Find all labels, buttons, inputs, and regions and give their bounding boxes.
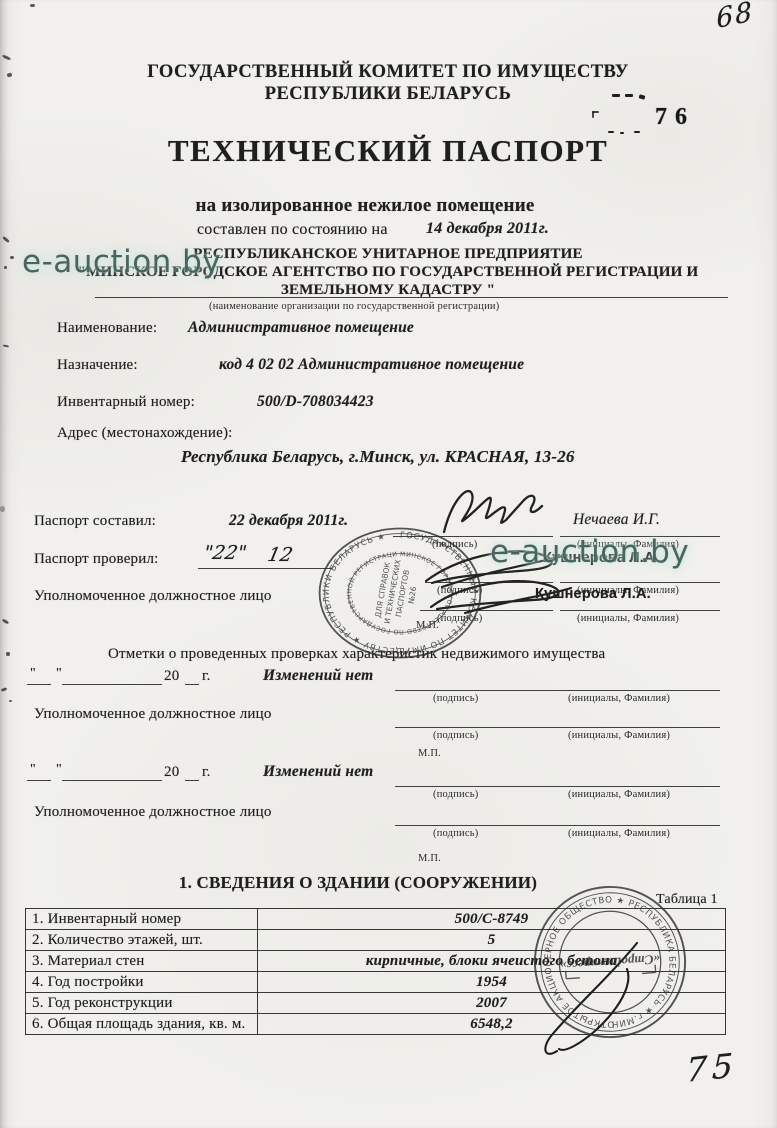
row-label: 6. Общая площадь здания, кв. м. (26, 1014, 258, 1035)
row-label: 1. Инвентарный номер (26, 909, 258, 930)
name-caption: (инициалы, Фамилия) (568, 693, 670, 704)
handwritten-page-number-bottom: 75 (685, 1045, 738, 1090)
date-line (198, 568, 332, 569)
signature-caption: (подпись) (433, 693, 478, 704)
mp-label: М.П. (418, 748, 441, 759)
blank-year-line (185, 780, 199, 781)
passport-checked-label: Паспорт проверил: (34, 551, 159, 568)
scan-speck (2, 54, 11, 61)
document-title: ТЕХНИЧЕСКИЙ ПАСПОРТ (10, 133, 766, 169)
address-field-label: Адрес (местонахождение): (57, 425, 233, 442)
address-field-value: Республика Беларусь, г.Минск, ул. КРАСНА… (181, 447, 575, 467)
official-person-label: Уполномоченное должностное лицо (34, 588, 272, 605)
watermark-overlay: e-auction.by (22, 244, 221, 280)
stamp1-center-line4: №26 (406, 586, 418, 605)
round-stamp-company: ОТКРЫТОЕ АКЦИОНЕРНОЕ ОБЩЕСТВО ★ РЕСПУБЛИ… (527, 879, 694, 1046)
mp-label: М.П. (418, 853, 441, 864)
row-label: 4. Год постройки (26, 972, 258, 993)
quote-mark: " (30, 762, 36, 778)
row-label: 5. Год реконструкции (26, 993, 258, 1014)
sheet-number-stamp: 76 (655, 104, 695, 131)
org-underline (95, 297, 728, 298)
document-subtitle: на изолированное нежилое помещение (0, 195, 730, 217)
year-suffix: г. (202, 764, 211, 781)
name-caption: (инициалы, Фамилия) (568, 730, 670, 741)
stamp2-center-text: «Стройимпресс» (559, 952, 660, 974)
dash-mark (612, 94, 620, 97)
signature-caption: (подпись) (433, 789, 478, 800)
signature-line (395, 786, 720, 787)
row-label: 3. Материал стен (26, 951, 258, 972)
purpose-field-value: код 4 02 02 Административное помещение (219, 356, 524, 374)
passport-compiled-label: Паспорт составил: (34, 513, 156, 530)
scanned-document-page: 68 ГОСУДАРСТВЕННЫЙ КОМИТЕТ ПО ИМУЩЕСТВУ … (0, 0, 777, 1128)
official-person-label: Уполномоченное должностное лицо (34, 706, 272, 723)
blank-month-line (62, 780, 162, 781)
signature-line (395, 690, 720, 691)
blank-year-line (185, 684, 199, 685)
quote-mark: " (56, 666, 62, 682)
dash-mark (625, 94, 633, 97)
dash-mark (592, 111, 594, 118)
blank-day-line (27, 684, 51, 685)
compiler-name: Нечаева И.Г. (573, 511, 660, 529)
signature-line (395, 825, 720, 826)
committee-name-line1: ГОСУДАРСТВЕННЫЙ КОМИТЕТ ПО ИМУЩЕСТВУ (10, 62, 766, 83)
name-field-value: Административное помещение (188, 319, 414, 337)
quote-mark: " (30, 666, 36, 682)
name-field-label: Наименование: (57, 320, 157, 337)
handwritten-check-month: 12 (266, 544, 295, 566)
year-prefix: 20 (164, 764, 179, 781)
purpose-field-label: Назначение: (57, 357, 138, 374)
org-caption: (наименование организации по государстве… (209, 301, 499, 312)
scan-speck (2, 236, 10, 243)
handwritten-page-number-top: 68 (715, 0, 755, 35)
scan-speck (30, 4, 35, 7)
handwritten-check-day: "22" (202, 542, 249, 564)
quote-mark: " (56, 762, 62, 778)
watermark-overlay: e-auction.by (490, 534, 689, 570)
inventory-number-value: 500/D-708034423 (257, 393, 374, 411)
committee-name-line2: РЕСПУБЛИКИ БЕЛАРУСЬ (10, 84, 766, 105)
name-caption: (инициалы, Фамилия) (568, 828, 670, 839)
name-caption: (инициалы, Фамилия) (568, 789, 670, 800)
signature-section: Паспорт составил: 22 декабря 2011г. (под… (0, 480, 777, 660)
signature-line (395, 727, 720, 728)
no-changes-note: Изменений нет (263, 763, 373, 781)
scan-speck (4, 266, 7, 269)
compiled-date-label: составлен по состоянию на (197, 221, 388, 239)
year-suffix: г. (202, 668, 211, 685)
signature-line (560, 610, 720, 611)
official-person-label: Уполномоченное должностное лицо (34, 804, 272, 821)
inventory-number-label: Инвентарный номер: (57, 394, 195, 411)
check-block: " " 20 г. Изменений нет (подпись) (иници… (0, 663, 777, 773)
signature-caption: (подпись) (433, 730, 478, 741)
scan-speck (3, 344, 9, 347)
signature-line (560, 582, 720, 583)
row-label: 2. Количество этажей, шт. (26, 930, 258, 951)
no-changes-note: Изменений нет (263, 667, 373, 685)
signature-caption: (подпись) (433, 828, 478, 839)
year-prefix: 20 (164, 668, 179, 685)
compiled-date-value: 14 декабря 2011г. (426, 220, 549, 238)
blank-day-line (27, 780, 51, 781)
blank-month-line (62, 684, 162, 685)
check-block: " " 20 г. Изменений нет (подпись) (иници… (0, 759, 777, 869)
round-stamp-agency: ГОСУДАРСТВЕННЫЙ КОМИТЕТ ПО ИМУЩЕСТВУ ★ Р… (314, 526, 486, 660)
name-caption: (инициалы, Фамилия) (577, 613, 679, 624)
